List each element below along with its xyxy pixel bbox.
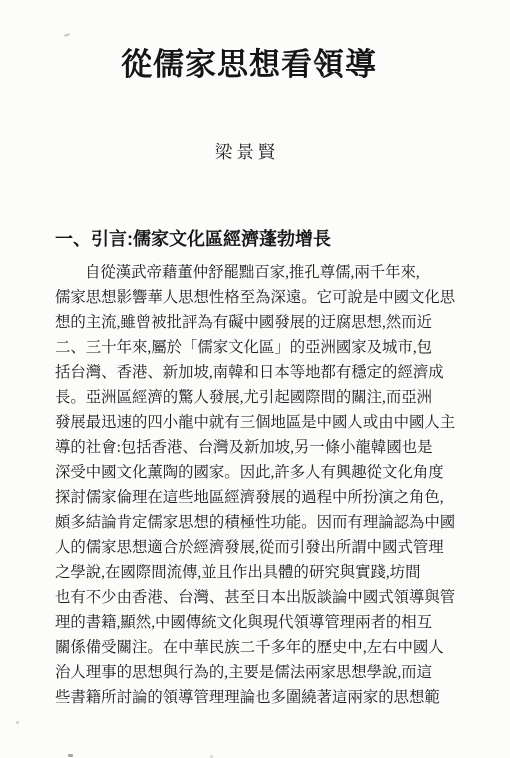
paragraph-line: 括台灣、香港、新加坡,南韓和日本等地都有穩定的經濟成 xyxy=(55,360,459,385)
scan-artifact xyxy=(16,721,19,724)
scanned-page: 從儒家思想看領導 梁景賢 一、引言:儒家文化區經濟蓬勃增長 自從漢武帝藉董仲舒罷… xyxy=(0,0,510,758)
paragraph-line: 想的主流,雖曾被批評為有礙中國發展的迂腐思想,然而近 xyxy=(55,310,459,335)
paragraph-line: 二、三十年來,屬於「儒家文化區」的亞洲國家及城市,包 xyxy=(55,335,459,360)
paragraph-line: 自從漢武帝藉董仲舒罷黜百家,推孔尊儒,兩千年來, xyxy=(55,260,459,285)
paragraph-line: 也有不少由香港、台灣、甚至日本出版談論中國式領導與管 xyxy=(55,585,459,610)
paragraph-line: 頗多結論肯定儒家思想的積極性功能。因而有理論認為中國 xyxy=(55,510,459,535)
paragraph-line: 治人理事的思想與行為的,主要是儒法兩家思想學說,而這 xyxy=(55,660,459,685)
paragraph-line: 些書籍所討論的領導管理理論也多圍繞著這兩家的思想範 xyxy=(55,685,459,710)
page-title-text: 從儒家思想看領導 xyxy=(121,47,377,82)
paragraph-line: 探討儒家倫理在這些地區經濟發展的過程中所扮演之角色, xyxy=(55,485,459,510)
author-name: 梁景賢 xyxy=(0,139,510,167)
paragraph-line: 長。亞洲區經濟的驚人發展,尤引起國際間的關注,而亞洲 xyxy=(55,385,459,410)
author-name-text: 梁景賢 xyxy=(215,142,280,162)
paragraph-line: 儒家思想影響華人思想性格至為深遠。它可說是中國文化思 xyxy=(55,285,459,310)
body-paragraph: 自從漢武帝藉董仲舒罷黜百家,推孔尊儒,兩千年來, 儒家思想影響華人思想性格至為深… xyxy=(55,260,459,710)
paragraph-line: 深受中國文化薰陶的國家。因此,許多人有興趣從文化角度 xyxy=(55,460,459,485)
paragraph-line: 理的書籍,顯然,中國傳統文化與現代領導管理兩者的相互 xyxy=(55,610,459,635)
scan-artifact xyxy=(68,754,73,757)
paragraph-line: 之學說,在國際間流傳,並且作出具體的研究與實踐,坊間 xyxy=(55,560,459,585)
page-title: 從儒家思想看領導 xyxy=(0,46,510,90)
scan-artifact xyxy=(64,33,70,37)
paragraph-line: 導的社會:包括香港、台灣及新加坡,另一條小龍韓國也是 xyxy=(55,435,459,460)
paragraph-line: 關係備受關注。在中華民族二千多年的歷史中,左右中國人 xyxy=(55,635,459,660)
paragraph-line: 發展最迅速的四小龍中就有三個地區是中國人或由中國人主 xyxy=(55,410,459,435)
paragraph-line: 人的儒家思想適合於經濟發展,從而引發出所謂中國式管理 xyxy=(55,535,459,560)
section-heading: 一、引言:儒家文化區經濟蓬勃增長 xyxy=(55,227,331,251)
